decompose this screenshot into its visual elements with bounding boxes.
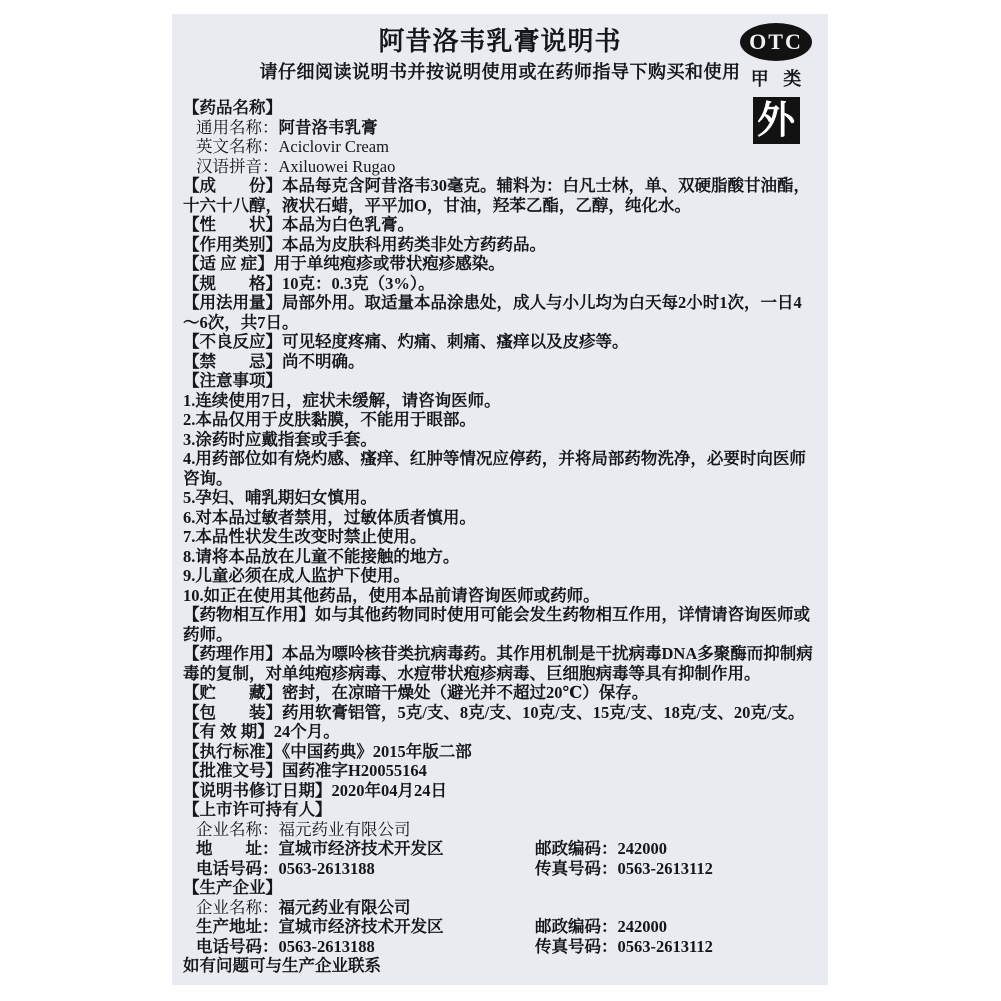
section-indications-text: 用于单纯疱疹或带状疱疹感染。 [274, 254, 505, 273]
precaution-item: 9.儿童必须在成人监护下使用。 [183, 566, 814, 586]
section-standard-text: 《中国药典》2015年版二部 [282, 742, 472, 761]
precaution-item: 5.孕妇、哺乳期妇女慎用。 [183, 488, 814, 508]
section-pharmacology-label: 【药理作用】 [183, 644, 282, 663]
section-composition-label: 【成 份】 [183, 176, 282, 195]
section-packaging-text: 药用软膏铝管，5克/支、8克/支、10克/支、15克/支、18克/支、20克/支… [282, 703, 805, 722]
footer-note: 如有问题可与生产企业联系 [183, 956, 814, 976]
holder-phone: 电话号码：0563-2613188 [196, 859, 535, 879]
manufacturer-fax-label: 传真号码： [535, 937, 618, 956]
section-dosage-label: 【用法用量】 [183, 293, 282, 312]
holder-fax-label: 传真号码： [535, 859, 618, 878]
english-name-value: Aciclovir Cream [279, 137, 389, 156]
section-contraindications-text: 尚不明确。 [282, 352, 365, 371]
section-contraindications: 【禁 忌】尚不明确。 [183, 352, 814, 372]
generic-name-value: 阿昔洛韦乳膏 [279, 118, 378, 137]
section-contraindications-label: 【禁 忌】 [183, 352, 282, 371]
section-approval-number-label: 【批准文号】 [183, 761, 282, 780]
pinyin-name-label: 汉语拼音： [196, 157, 279, 176]
page-title: 阿昔洛韦乳膏说明书 [172, 27, 828, 57]
section-manufacturer-label: 【生产企业】 [183, 878, 814, 898]
holder-phone-value: 0563-2613188 [279, 859, 375, 878]
manufacturer-company-value: 福元药业有限公司 [279, 898, 411, 917]
holder-phone-label: 电话号码： [196, 859, 279, 878]
section-adverse-reactions-label: 【不良反应】 [183, 332, 282, 351]
section-revision-date: 【说明书修订日期】2020年04月24日 [183, 781, 814, 801]
section-action-category: 【作用类别】本品为皮肤科用药类非处方药药品。 [183, 235, 814, 255]
holder-address-label: 地 址： [196, 839, 279, 858]
section-adverse-reactions-text: 可见轻度疼痛、灼痛、刺痛、瘙痒以及皮疹等。 [282, 332, 629, 351]
precaution-item: 10.如正在使用其他药品，使用本品前请咨询医师或药师。 [183, 586, 814, 606]
section-specification: 【规 格】10克：0.3克（3%）。 [183, 274, 814, 294]
pinyin-name-value: Axiluowei Rugao [279, 157, 396, 176]
section-validity-label: 【有 效 期】 [183, 722, 274, 741]
section-license-holder-label: 【上市许可持有人】 [183, 800, 814, 820]
section-storage: 【贮 藏】密封，在凉暗干燥处（避光并不超过20℃）保存。 [183, 683, 814, 703]
manufacturer-postcode: 邮政编码：242000 [535, 917, 814, 937]
section-packaging-label: 【包 装】 [183, 703, 282, 722]
section-dosage: 【用法用量】局部外用。取适量本品涂患处，成人与小儿均为白天每2小时1次，一日4～… [183, 293, 814, 332]
section-storage-label: 【贮 藏】 [183, 683, 282, 702]
section-drug-interactions: 【药物相互作用】如与其他药物同时使用可能会发生药物相互作用，详情请咨询医师或药师… [183, 605, 814, 644]
holder-fax-value: 0563-2613112 [618, 859, 713, 878]
section-revision-date-label: 【说明书修订日期】 [183, 781, 332, 800]
holder-postcode: 邮政编码：242000 [535, 839, 814, 859]
english-name-row: 英文名称：Aciclovir Cream [183, 137, 814, 157]
generic-name-row: 通用名称：阿昔洛韦乳膏 [183, 118, 814, 138]
section-validity-text: 24个月。 [274, 722, 340, 741]
precaution-item: 6.对本品过敏者禁用，过敏体质者慎用。 [183, 508, 814, 528]
holder-address-value: 宣城市经济技术开发区 [279, 839, 444, 858]
section-composition: 【成 份】本品每克含阿昔洛韦30毫克。辅料为：白凡士林，单、双硬脂酸甘油酯，十六… [183, 176, 814, 215]
section-character-label: 【性 状】 [183, 215, 282, 234]
precaution-item: 8.请将本品放在儿童不能接触的地方。 [183, 547, 814, 567]
holder-address: 地 址：宣城市经济技术开发区 [196, 839, 535, 859]
holder-company-label: 企业名称： [196, 820, 279, 839]
manufacturer-address-row: 生产地址：宣城市经济技术开发区邮政编码：242000 [183, 917, 814, 937]
section-approval-number-text: 国药准字H20055164 [282, 761, 427, 780]
section-action-category-label: 【作用类别】 [183, 235, 282, 254]
english-name-label: 英文名称： [196, 137, 279, 156]
section-packaging: 【包 装】药用软膏铝管，5克/支、8克/支、10克/支、15克/支、18克/支、… [183, 703, 814, 723]
leaflet-header: 阿昔洛韦乳膏说明书 请仔细阅读说明书并按说明使用或在药师指导下购买和使用 [172, 27, 828, 84]
generic-name-label: 通用名称： [196, 118, 279, 137]
holder-phone-row: 电话号码：0563-2613188传真号码：0563-2613112 [183, 859, 814, 879]
manufacturer-company-label: 企业名称： [196, 898, 279, 917]
manufacturer-phone-value: 0563-2613188 [279, 937, 375, 956]
section-indications: 【适 应 症】用于单纯疱疹或带状疱疹感染。 [183, 254, 814, 274]
manufacturer-phone-label: 电话号码： [196, 937, 279, 956]
precaution-item: 3.涂药时应戴指套或手套。 [183, 430, 814, 450]
leaflet-body: 【药品名称】 通用名称：阿昔洛韦乳膏 英文名称：Aciclovir Cream … [172, 98, 828, 976]
precaution-item: 7.本品性状发生改变时禁止使用。 [183, 527, 814, 547]
section-drug-interactions-label: 【药物相互作用】 [183, 605, 315, 624]
section-revision-date-text: 2020年04月24日 [332, 781, 448, 800]
manufacturer-fax: 传真号码：0563-2613112 [535, 937, 814, 957]
section-approval-number: 【批准文号】国药准字H20055164 [183, 761, 814, 781]
section-validity: 【有 效 期】24个月。 [183, 722, 814, 742]
manufacturer-company-row: 企业名称：福元药业有限公司 [183, 898, 814, 918]
section-storage-text: 密封，在凉暗干燥处（避光并不超过20℃）保存。 [282, 683, 648, 702]
section-standard-label: 【执行标准】 [183, 742, 282, 761]
leaflet-page: OTC 甲 类 外 阿昔洛韦乳膏说明书 请仔细阅读说明书并按说明使用或在药师指导… [172, 14, 828, 985]
holder-company-row: 企业名称：福元药业有限公司 [183, 820, 814, 840]
manufacturer-address-label: 生产地址： [196, 917, 279, 936]
section-action-category-text: 本品为皮肤科用药类非处方药药品。 [282, 235, 546, 254]
holder-address-row: 地 址：宣城市经济技术开发区邮政编码：242000 [183, 839, 814, 859]
section-specification-label: 【规 格】 [183, 274, 282, 293]
precaution-item: 2.本品仅用于皮肤黏膜，不能用于眼部。 [183, 410, 814, 430]
section-character-text: 本品为白色乳膏。 [282, 215, 414, 234]
precaution-item: 4.用药部位如有烧灼感、瘙痒、红肿等情况应停药，并将局部药物洗净，必要时向医师咨… [183, 449, 814, 488]
page-subtitle: 请仔细阅读说明书并按说明使用或在药师指导下购买和使用 [172, 60, 828, 84]
section-drug-name-label: 【药品名称】 [183, 98, 814, 118]
manufacturer-address: 生产地址：宣城市经济技术开发区 [196, 917, 535, 937]
manufacturer-postcode-value: 242000 [618, 917, 668, 936]
holder-fax: 传真号码：0563-2613112 [535, 859, 814, 879]
holder-company-value: 福元药业有限公司 [279, 820, 411, 839]
manufacturer-fax-value: 0563-2613112 [618, 937, 713, 956]
holder-postcode-value: 242000 [618, 839, 668, 858]
manufacturer-phone: 电话号码：0563-2613188 [196, 937, 535, 957]
manufacturer-phone-row: 电话号码：0563-2613188传真号码：0563-2613112 [183, 937, 814, 957]
manufacturer-postcode-label: 邮政编码： [535, 917, 618, 936]
section-precautions-label: 【注意事项】 [183, 371, 814, 391]
section-specification-text: 10克：0.3克（3%）。 [282, 274, 435, 293]
section-adverse-reactions: 【不良反应】可见轻度疼痛、灼痛、刺痛、瘙痒以及皮疹等。 [183, 332, 814, 352]
external-use-badge: 外 [753, 97, 800, 144]
section-standard: 【执行标准】《中国药典》2015年版二部 [183, 742, 814, 762]
precaution-item: 1.连续使用7日，症状未缓解，请咨询医师。 [183, 391, 814, 411]
section-character: 【性 状】本品为白色乳膏。 [183, 215, 814, 235]
holder-postcode-label: 邮政编码： [535, 839, 618, 858]
section-indications-label: 【适 应 症】 [183, 254, 274, 273]
section-pharmacology: 【药理作用】本品为嘌呤核苷类抗病毒药。其作用机制是干扰病毒DNA多聚酶而抑制病毒… [183, 644, 814, 683]
manufacturer-address-value: 宣城市经济技术开发区 [279, 917, 444, 936]
pinyin-name-row: 汉语拼音：Axiluowei Rugao [183, 157, 814, 177]
